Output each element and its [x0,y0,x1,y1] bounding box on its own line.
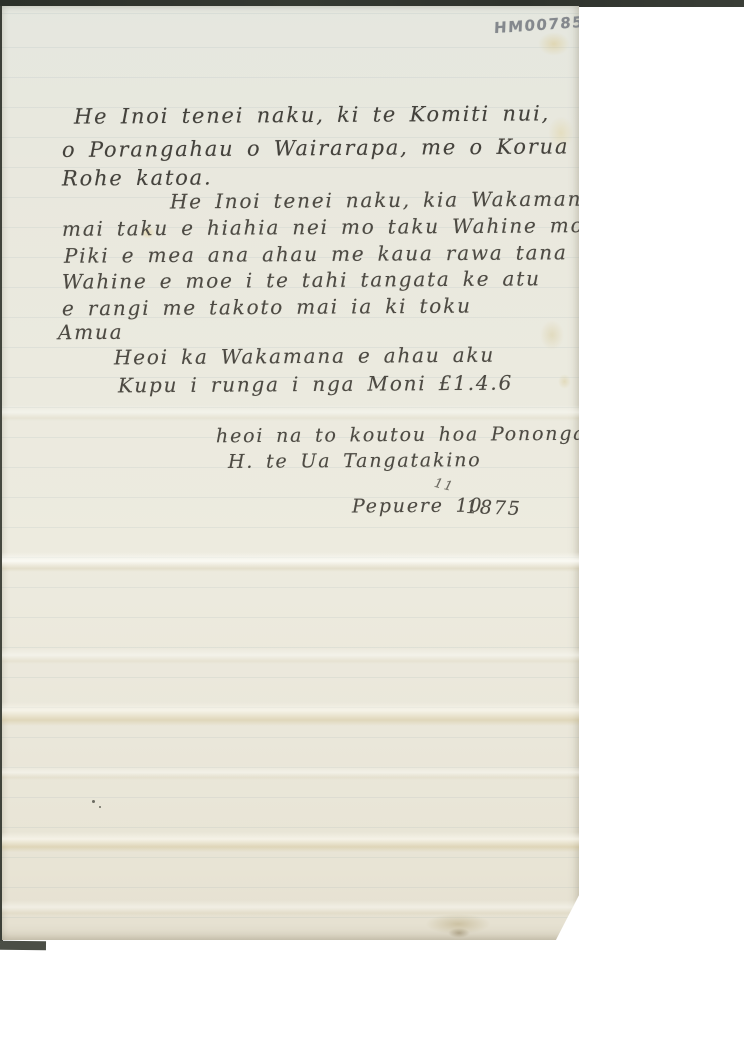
stain-spot-6 [426,914,490,934]
scanner-edge-bottom-left [0,941,46,950]
fold-crease-1 [2,405,579,421]
manuscript-date-month: Pepuere 10 [352,495,484,518]
manuscript-line-7: Wahine e moe i te tahi tangata ke atu [62,266,541,293]
stain-spot-7 [448,928,470,938]
manuscript-signature: H. te Ua Tangatakino [228,449,482,473]
manuscript-line-3: Rohe katoa. [62,165,213,190]
manuscript-line-9: Amua [58,320,124,344]
date-superscript-flourish: 11 [432,476,455,495]
ink-speck-1 [92,800,95,803]
fold-crease-3 [2,648,579,664]
manuscript-line-6: Piki e mea ana ahau me kaua rawa tana [64,240,568,268]
fold-crease-5 [2,766,579,780]
letter-paper: HM00785 He Inoi tenei naku, ki te Komiti… [2,6,579,940]
stain-spot-5 [558,374,571,389]
manuscript-closing: heoi na to koutou hoa Pononga [216,423,587,448]
reference-number: HM00785 [494,13,585,37]
stain-spot-1 [538,32,570,56]
scanner-edge-top [0,0,744,7]
manuscript-line-10: Heoi ka Wakamana e ahau aku [114,343,495,370]
fold-crease-2 [2,552,579,572]
manuscript-line-2: o Porangahau o Wairarapa, me o Korua na [62,134,612,162]
ink-speck-2 [99,806,101,808]
fold-crease-6 [2,832,579,852]
scanned-letter-page: HM00785 He Inoi tenei naku, ki te Komiti… [0,0,744,1054]
fold-crease-4 [2,702,579,726]
manuscript-date-year: 1875 [466,496,522,520]
manuscript-line-1: He Inoi tenei naku, ki te Komiti nui, [74,101,550,128]
fold-crease-7 [2,900,579,916]
manuscript-line-8: e rangi me takoto mai ia ki toku [62,294,472,321]
stain-spot-4 [540,320,564,350]
manuscript-line-4: He Inoi tenei naku, kia Wakamana [170,187,596,214]
manuscript-line-11: Kupu i runga i nga Moni £1.4.6 [118,371,513,398]
manuscript-line-5: mai taku e hiahia nei mo taku Wahine mo [62,213,585,241]
